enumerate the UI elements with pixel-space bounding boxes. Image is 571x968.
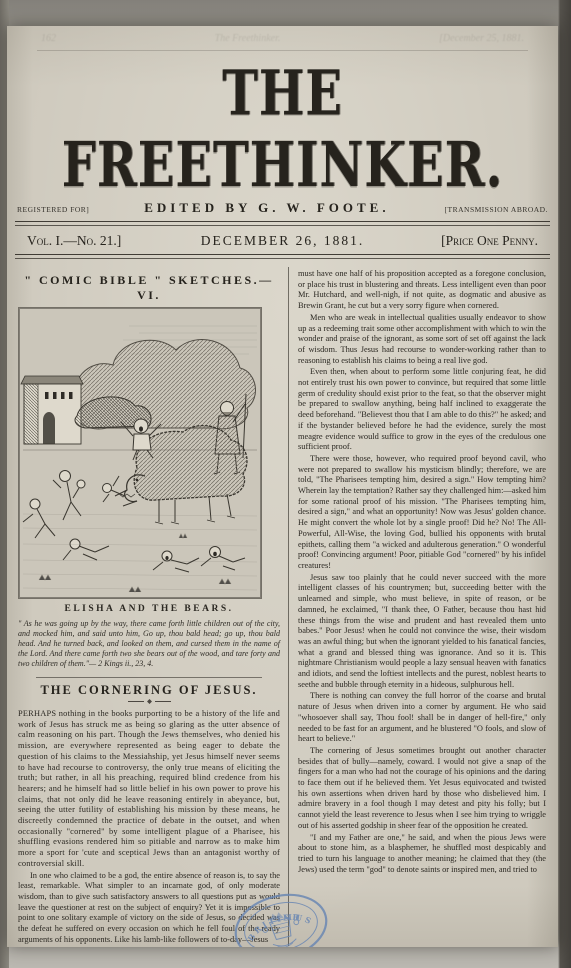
newspaper-page: 162 The Freethinker. [December 25, 1881.… xyxy=(7,26,558,947)
right-column: must have one half of his proposition ac… xyxy=(290,267,558,946)
column-divider xyxy=(288,267,289,946)
ghost-running-title: The Freethinker. xyxy=(215,33,281,44)
british-museum-stamp: BRITISH MUSEUM xyxy=(229,884,333,947)
engraving-elisha-and-the-bears xyxy=(18,307,262,599)
masthead-title: THE FREETHINKER. xyxy=(7,58,558,201)
two-column-body: " COMIC BIBLE " SKETCHES.—VI. xyxy=(7,267,558,946)
article-paragraph: Men who are weak in intellectual qualiti… xyxy=(298,313,546,367)
ornament-bar-left xyxy=(128,701,144,702)
article-paragraph: There were those, however, who required … xyxy=(298,454,546,572)
section-rule xyxy=(36,677,262,678)
ghost-date: [December 25, 1881. xyxy=(439,33,524,44)
grass-tufts xyxy=(39,534,231,592)
scanned-page-backdrop: 162 The Freethinker. [December 25, 1881.… xyxy=(0,0,571,968)
ornament-diamond xyxy=(147,699,152,704)
reverse-page-showthrough: 162 The Freethinker. [December 25, 1881. xyxy=(41,33,524,44)
edited-by-line: EDITED BY G. W. FOOTE. xyxy=(144,200,389,216)
double-rule-bottom xyxy=(15,254,550,259)
comic-bible-heading: " COMIC BIBLE " SKETCHES.—VI. xyxy=(18,273,280,303)
article-paragraph: The cornering of Jesus sometimes brought… xyxy=(298,746,546,832)
illustration-caption: ELISHA AND THE BEARS. xyxy=(18,604,280,614)
issue-date: DECEMBER 26, 1881. xyxy=(27,233,538,249)
dateline: Vol. I.—No. 21.] DECEMBER 26, 1881. [Pri… xyxy=(27,233,538,249)
ghost-page-number: 162 xyxy=(41,33,56,44)
heading-ornament xyxy=(18,699,280,704)
article-paragraph: "I and my Father are one," he said, and … xyxy=(298,833,546,876)
article-paragraph: Jesus saw too plainly that he could neve… xyxy=(298,573,546,691)
ornament-bar-right xyxy=(155,701,171,702)
left-column: " COMIC BIBLE " SKETCHES.—VI. xyxy=(7,267,287,946)
child-in-bear-jaws xyxy=(103,476,126,502)
illustration-figure: ELISHA AND THE BEARS. xyxy=(18,307,280,614)
ghost-rule xyxy=(37,50,528,51)
double-rule-top xyxy=(15,221,550,226)
article-paragraph: PERHAPS nothing in the books purporting … xyxy=(18,709,280,870)
registered-note: REGISTERED FOR] xyxy=(17,205,89,214)
article-paragraph: must have one half of his proposition ac… xyxy=(298,269,546,312)
editor-row: REGISTERED FOR] EDITED BY G. W. FOOTE. [… xyxy=(17,200,548,216)
article-paragraph: Even then, when about to perform some li… xyxy=(298,367,546,453)
article-paragraph: There is nothing can convey the full hor… xyxy=(298,691,546,745)
scripture-quote: " As he was going up by the way, there c… xyxy=(18,619,280,669)
article-heading: THE CORNERING OF JESUS. xyxy=(18,683,280,698)
city-building xyxy=(21,376,83,444)
transmission-note: [TRANSMISSION ABROAD. xyxy=(445,205,548,214)
